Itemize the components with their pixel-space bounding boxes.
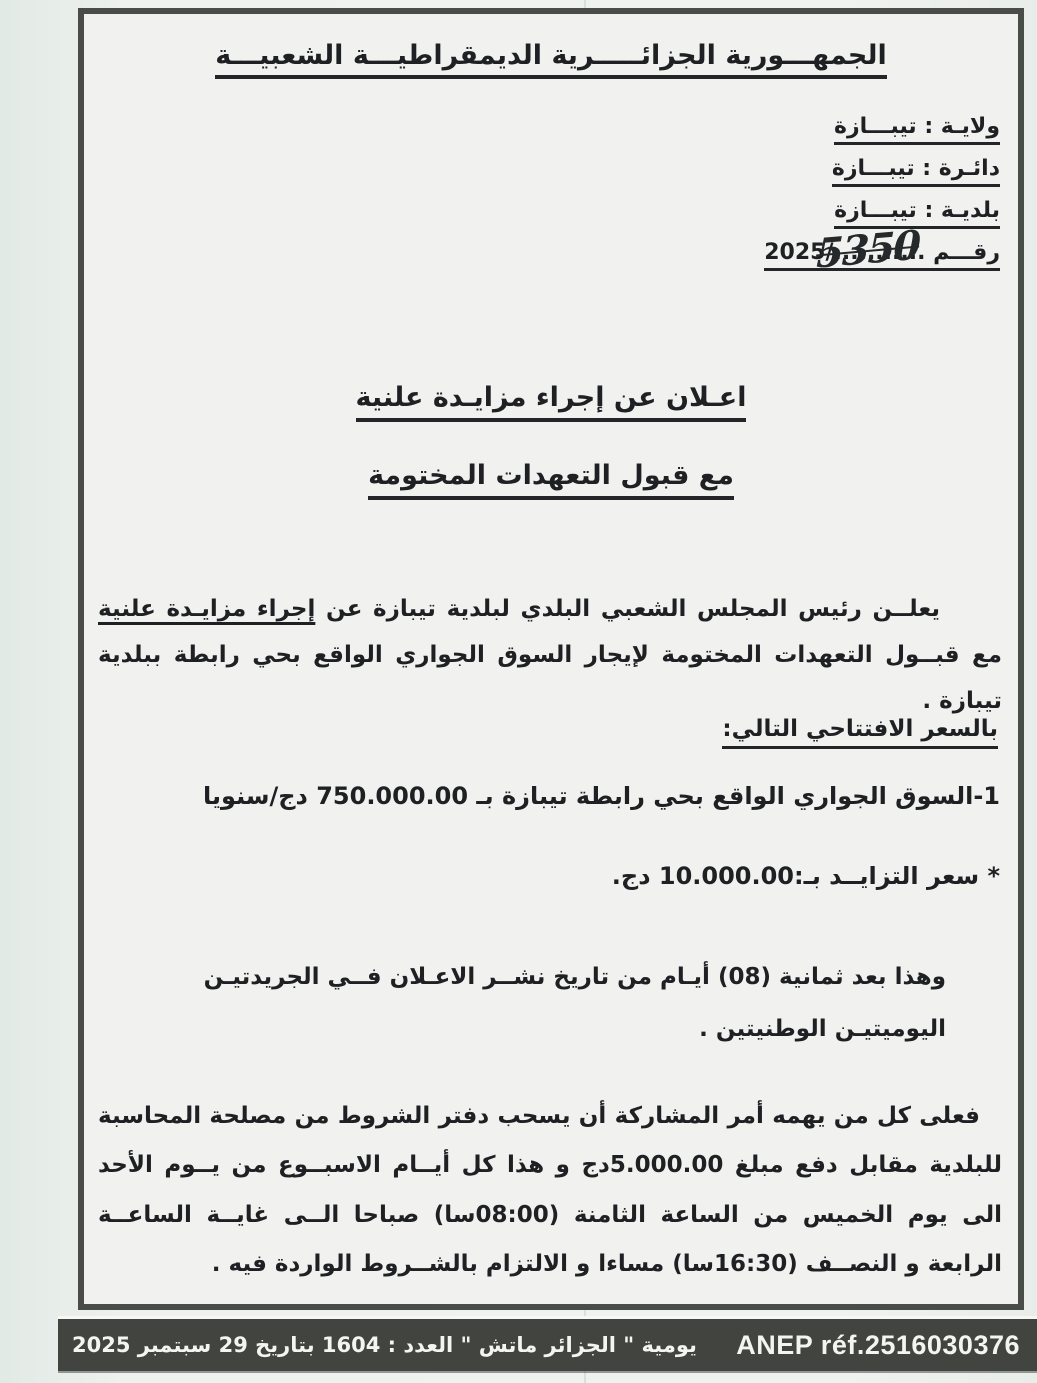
wilaya-line: ولايـة : تيبـــازة (764, 114, 1000, 145)
reference-number-line: رقـــم .........../2025 5350 (764, 240, 1000, 271)
paragraph-underlined-phrase: إجراء مزايـدة علنية (98, 596, 315, 622)
document-frame: الجمهـــورية الجزائـــــرية الديمقراطيــ… (78, 8, 1024, 1310)
publication-delay-paragraph: وهذا بعد ثمانية (08) أيـام من تاريخ نشــ… (114, 952, 946, 1056)
anep-footer-strip: يومية " الجزائر ماتش " العدد : 1604 بتار… (58, 1316, 1037, 1371)
region-block: ولايـة : تيبـــازة دائـرة : تيبـــازة بل… (764, 114, 1000, 282)
anep-reference: ANEP réf.2516030376 (736, 1330, 1020, 1361)
lot-1-price-line: 1-السوق الجواري الواقع بحي رابطة تيبازة … (203, 782, 1000, 810)
scanned-document-page: الجمهـــورية الجزائـــــرية الديمقراطيــ… (0, 0, 1037, 1383)
republic-header-title: الجمهـــورية الجزائـــــرية الديمقراطيــ… (84, 40, 1018, 71)
participation-conditions-paragraph: فعلى كل من يهمه أمر المشاركة أن يسحب دفت… (98, 1092, 1002, 1290)
paragraph-end: مع قبــول التعهدات المختومة لإيجار السوق… (98, 642, 1002, 714)
announcement-paragraph: يعلــن رئيس المجلس الشعبي البلدي لبلدية … (98, 586, 1002, 724)
newspaper-publication-info: يومية " الجزائر ماتش " العدد : 1604 بتار… (72, 1333, 697, 1357)
announcement-title-line1: اعـلان عن إجراء مزايـدة علنية (84, 382, 1018, 413)
announcement-title-line2: مع قبول التعهدات المختومة (84, 460, 1018, 491)
paragraph-start: يعلــن رئيس المجلس الشعبي البلدي لبلدية … (315, 596, 940, 622)
bid-increment-line: * سعر التزايــد بـ:10.000.00 دج. (612, 862, 1000, 890)
daira-line: دائـرة : تيبـــازة (764, 156, 1000, 187)
opening-price-heading: بالسعر الافتتاحي التالي: (722, 716, 998, 742)
republic-header-text: الجمهـــورية الجزائـــــرية الديمقراطيــ… (215, 40, 887, 79)
handwritten-reference-number: 5350 (816, 221, 920, 277)
